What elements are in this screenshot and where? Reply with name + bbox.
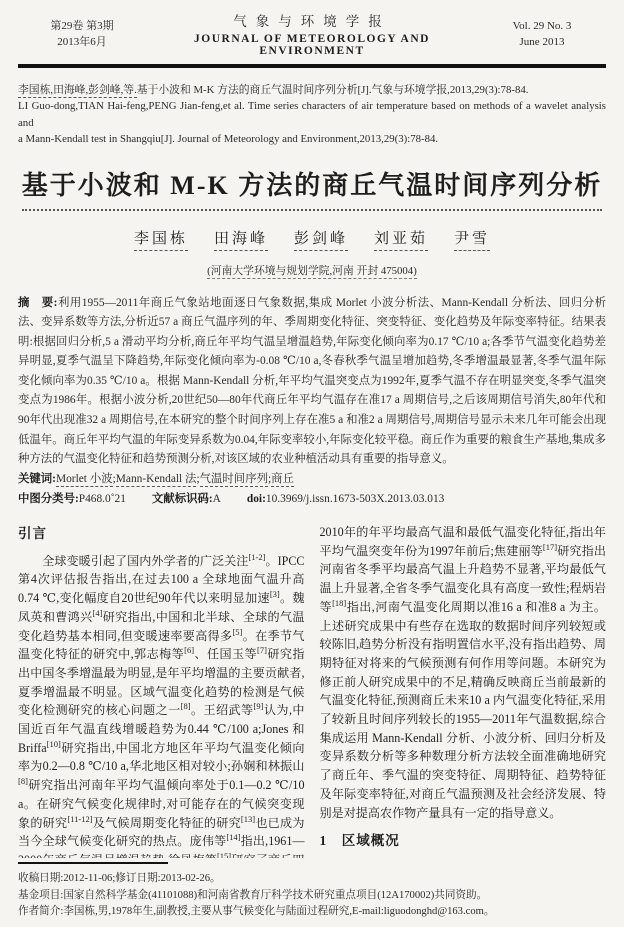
- doc-code-label: 文献标识码:: [152, 493, 213, 505]
- keyword: 商丘: [271, 473, 294, 487]
- volume-issue: 第29卷 第3期: [22, 18, 142, 34]
- journal-title-cn: 气象与环境学报: [142, 10, 482, 30]
- header-left: 第29卷 第3期 2013年6月: [22, 18, 142, 50]
- abstract: 摘 要:利用1955—2011年商丘气象站地面逐日气象数据,集成 Morlet …: [18, 294, 606, 470]
- clc-label: 中图分类号:: [18, 493, 79, 505]
- citation-en-line2: a Mann-Kendall test in Shangqiu[J]. Jour…: [18, 131, 606, 148]
- author-name: 田海峰: [214, 227, 268, 251]
- keyword: Mann-Kendall 法: [116, 473, 197, 487]
- citation-en-line1: LI Guo-dong,TIAN Hai-feng,PENG Jian-feng…: [18, 98, 606, 131]
- citation-cn-rest: 基于小波和 M-K 方法的商丘气温时间序列分析[J].气象与环境学报,2013,…: [137, 84, 529, 96]
- keyword: Morlet 小波: [56, 473, 113, 487]
- journal-header: 第29卷 第3期 2013年6月 气象与环境学报 JOURNAL OF METE…: [18, 8, 606, 61]
- doc-code: A: [213, 493, 221, 505]
- footnote-block: 收稿日期:2012-11-06;修订日期:2013-02-26。 基金项目:国家…: [18, 858, 606, 921]
- header-rule: [18, 64, 606, 68]
- intro-paragraph-continued: 2010年的年平均最高气温和最低气温变化特征,指出年平均气温突变年份为1997年…: [320, 523, 607, 822]
- paper-page: 第29卷 第3期 2013年6月 气象与环境学报 JOURNAL OF METE…: [0, 0, 624, 927]
- citation-block: 李国栋,田海峰,彭剑峰,等.基于小波和 M-K 方法的商丘气温时间序列分析[J]…: [18, 82, 606, 148]
- keywords: 关键词:Morlet 小波;Mann-Kendall 法;气温时间序列;商丘: [18, 470, 606, 490]
- doi-value: 10.3969/j.issn.1673-503X.2013.03.013: [266, 493, 444, 505]
- fund-project: 基金项目:国家自然科学基金(41101088)和河南省教育厅科学技术研究重点项目…: [18, 888, 606, 905]
- body-columns: 引言 全球变暖引起了国内外学者的广泛关注[1-2]。IPCC 第4次评估报告指出…: [18, 523, 606, 858]
- author-name: 尹雪: [454, 227, 490, 251]
- section-heading-region: 1 区域概况: [320, 832, 607, 851]
- footnote-rule: [18, 862, 168, 864]
- vol-no-en: Vol. 29 No. 3: [482, 18, 602, 34]
- doi-label: doi:: [247, 493, 266, 505]
- intro-paragraph: 全球变暖引起了国内外学者的广泛关注[1-2]。IPCC 第4次评估报告指出,在过…: [18, 552, 305, 858]
- citation-cn: 李国栋,田海峰,彭剑峰,等.基于小波和 M-K 方法的商丘气温时间序列分析[J]…: [18, 82, 606, 99]
- header-center: 气象与环境学报 JOURNAL OF METEOROLOGY AND ENVIR…: [142, 10, 482, 57]
- journal-title-en: JOURNAL OF METEOROLOGY AND ENVIRONMENT: [142, 33, 482, 57]
- date-cn: 2013年6月: [22, 34, 142, 50]
- author-bio: 作者简介:李国栋,男,1978年生,副教授,主要从事气候变化与陆面过程研究,E-…: [18, 904, 606, 921]
- date-en: June 2013: [482, 34, 602, 50]
- author-name: 刘亚茹: [374, 227, 428, 251]
- author-name: 李国栋: [134, 227, 188, 251]
- header-right: Vol. 29 No. 3 June 2013: [482, 18, 602, 50]
- abstract-text: 利用1955—2011年商丘气象站地面逐日气象数据,集成 Morlet 小波分析…: [18, 297, 606, 466]
- keyword: 气温时间序列: [200, 473, 268, 487]
- citation-cn-authors: 李国栋,田海峰,彭剑峰,等.: [18, 84, 137, 98]
- affiliation: (河南大学环境与规划学院,河南 开封 475004): [207, 265, 417, 279]
- author-name: 彭剑峰: [294, 227, 348, 251]
- abstract-label: 摘 要:: [18, 297, 57, 309]
- paper-title: 基于小波和 M-K 方法的商丘气温时间序列分析: [22, 165, 602, 211]
- keywords-label: 关键词:: [18, 473, 56, 485]
- meta-line: 中图分类号:P468.0˚21文献标识码:Adoi:10.3969/j.issn…: [18, 490, 606, 510]
- section-heading-intro: 引言: [18, 525, 305, 544]
- right-column: 2010年的年平均最高气温和最低气温变化特征,指出年平均气温突变年份为1997年…: [320, 523, 607, 858]
- author-list: 李国栋 田海峰 彭剑峰 刘亚茹 尹雪: [18, 227, 606, 251]
- clc-number: P468.0˚21: [79, 493, 126, 505]
- received-date: 收稿日期:2012-11-06;修订日期:2013-02-26。: [18, 871, 606, 888]
- left-column: 引言 全球变暖引起了国内外学者的广泛关注[1-2]。IPCC 第4次评估报告指出…: [18, 523, 305, 858]
